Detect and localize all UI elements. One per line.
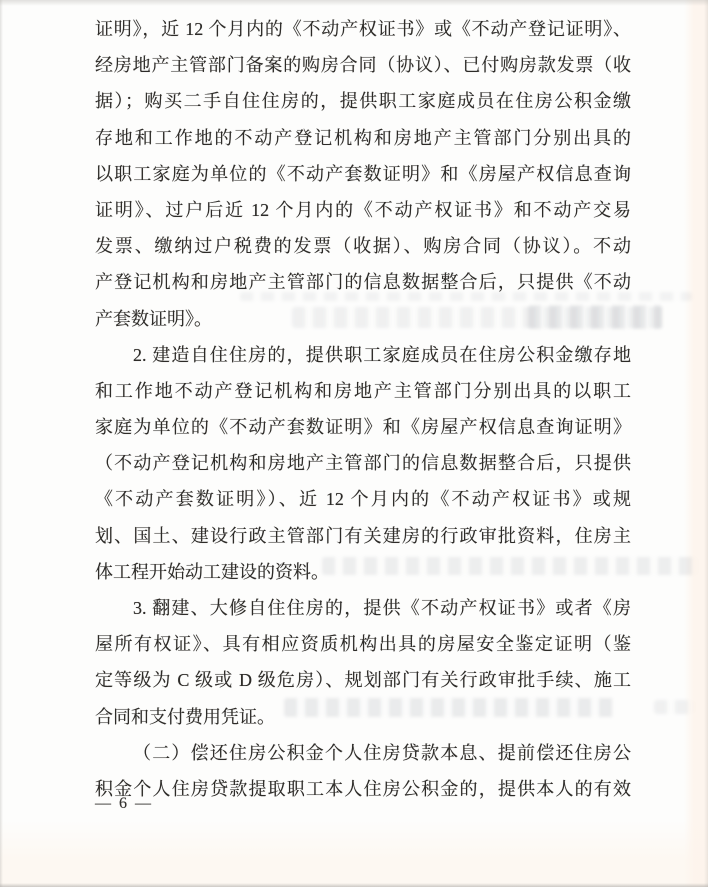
text-line: 屋所有权证》、具有相应资质机构出具的房屋安全鉴定证明（鉴 [95, 626, 631, 662]
text-line: 2. 建造自住住房的，提供职工家庭成员在住房公积金缴存地 [95, 337, 631, 373]
scan-edge-right [704, 0, 708, 887]
text-line: 以职工家庭为单位的《不动产套数证明》和《房屋产权信息查询 [95, 156, 631, 192]
text-line: 划、国土、建设行政主管部门有关建房的行政审批资料，住房主 [95, 518, 631, 554]
text-line: 和工作地不动产登记机构和房地产主管部门分别出具的以职工 [95, 373, 631, 409]
bleedthrough-smudge [528, 305, 662, 329]
text-line: 3. 翻建、大修自住住房的，提供《不动产权证书》或者《房 [95, 590, 631, 626]
text-line: （二）偿还住房公积金个人住房贷款本息、提前偿还住房公 [95, 735, 631, 771]
text-line: 积金个人住房贷款提取职工本人住房公积金的，提供本人的有效 [95, 771, 631, 807]
text-line: 据）；购买二手自住住房的，提供职工家庭成员在住房公积金缴 [95, 83, 631, 119]
body-text: 证明》，近 12 个月内的《不动产权证书》或《不动产登记证明》、 经房地产主管部… [95, 11, 631, 807]
scan-edge-bottom [0, 883, 708, 887]
text-line: 家庭为单位的《不动产套数证明》和《房屋产权信息查询证明》 [95, 409, 631, 445]
text-line: 证明》、过户后近 12 个月内的《不动产权证书》和不动产交易 [95, 192, 631, 228]
text-line: 经房地产主管部门备案的购房合同（协议）、已付购房款发票（收 [95, 47, 631, 83]
text-line: 存地和工作地的不动产登记机构和房地产主管部门分别出具的 [95, 120, 631, 156]
bleedthrough-smudge [284, 698, 614, 717]
page-number: — 6 — [95, 795, 153, 813]
document-page: 证明》，近 12 个月内的《不动产权证书》或《不动产登记证明》、 经房地产主管部… [0, 0, 708, 887]
text-line: 发票、缴纳过户税费的发票（收据）、购房合同（协议）。不动 [95, 228, 631, 264]
scan-edge-left [0, 0, 3, 887]
bleedthrough-smudge [654, 700, 696, 714]
bleedthrough-smudge [322, 557, 698, 575]
text-line: 定等级为 C 级或 D 级危房）、规划部门有关行政审批手续、施工 [95, 662, 631, 698]
text-line: 证明》，近 12 个月内的《不动产权证书》或《不动产登记证明》、 [95, 11, 631, 47]
bleedthrough-smudge [240, 292, 692, 301]
text-line: （不动产登记机构和房地产主管部门的信息数据整合后，只提供 [95, 445, 631, 481]
text-line: 《不动产套数证明》）、近 12 个月内的《不动产权证书》或规 [95, 481, 631, 517]
scan-edge-top [0, 0, 708, 6]
